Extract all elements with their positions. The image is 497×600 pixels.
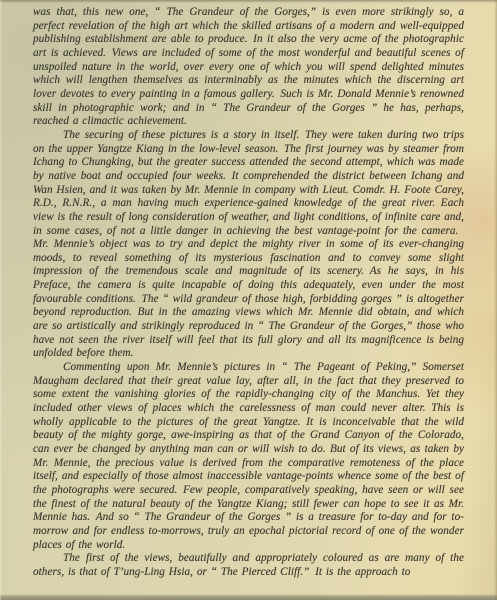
paragraph-continuation: was that, this new one, “ The Grandeur o… [33, 6, 464, 129]
paragraph-securing-pictures: The securing of these pictures is a stor… [33, 129, 464, 361]
scan-edge-top [0, 0, 497, 3]
book-page: was that, this new one, “ The Grandeur o… [0, 0, 497, 600]
paragraph-first-view: The first of the views, beautifully and … [33, 552, 464, 579]
paragraph-maugham-comment: Commenting upon Mr. Mennie’s pictures in… [33, 361, 464, 552]
page-edge-left [0, 0, 2, 600]
text-column: was that, this new one, “ The Grandeur o… [0, 0, 497, 580]
scan-edge-bottom [0, 594, 497, 600]
